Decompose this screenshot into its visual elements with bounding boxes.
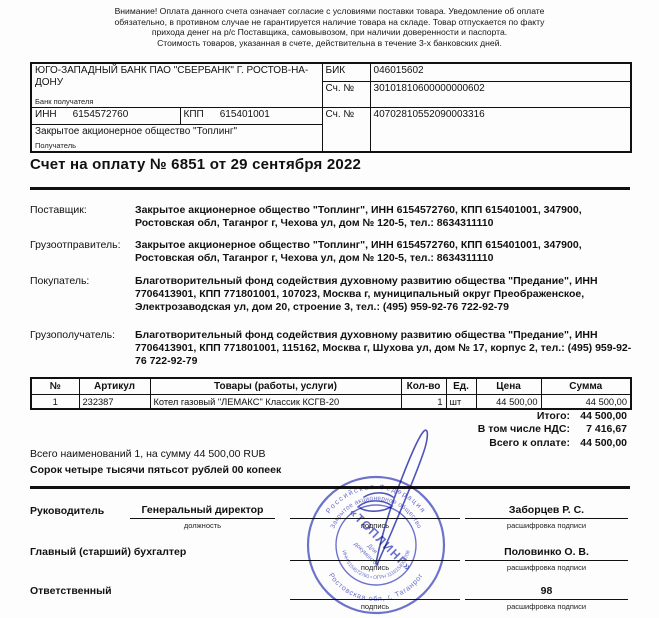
consignee-value: Благотворительный фонд содействия духовн… [135, 329, 632, 368]
vat-label: В том числе НДС: [478, 423, 570, 436]
items-count-line: Всего наименований 1, на сумму 44 500,00… [30, 448, 266, 460]
bank-requisites-table: ЮГО-ЗАПАДНЫЙ БАНК ПАО "СБЕРБАНК" Г. РОСТ… [30, 62, 632, 153]
kpp-label: КПП [184, 109, 204, 120]
buyer-value: Благотворительный фонд содействия духовн… [135, 275, 632, 314]
col-goods: Товары (работы, услуги) [150, 378, 401, 395]
bank-name-cell: ЮГО-ЗАПАДНЫЙ БАНК ПАО "СБЕРБАНК" Г. РОСТ… [31, 63, 322, 107]
account-label: Сч. № [322, 107, 370, 152]
warning-line: прихода денег на р/с Поставщика, самовыв… [0, 27, 659, 38]
invoice-title: Счет на оплату № 6851 от 29 сентября 202… [30, 156, 361, 173]
item-price: 44 500,00 [476, 395, 541, 410]
col-qty: Кол-во [401, 378, 446, 395]
accountant-name: Половинко О. В. [465, 545, 628, 561]
items-header-row: № Артикул Товары (работы, услуги) Кол-во… [31, 378, 631, 395]
col-unit: Ед. [446, 378, 476, 395]
item-sum: 44 500,00 [541, 395, 631, 410]
corr-account-value: 30101810600000000602 [370, 81, 631, 107]
warning-line: Стоимость товаров, указанная в счете, де… [0, 38, 659, 49]
director-role: Руководитель [30, 505, 104, 517]
bank-name: ЮГО-ЗАПАДНЫЙ БАНК ПАО "СБЕРБАНК" Г. РОСТ… [35, 65, 319, 88]
director-position-cell: Генеральный директор должность [130, 503, 275, 530]
kpp-cell: КПП615401001 [180, 107, 322, 124]
corr-account-label: Сч. № [322, 81, 370, 107]
item-number: 1 [31, 395, 79, 410]
responsible-role: Ответственный [30, 585, 112, 597]
consignor-label: Грузоотправитель: [30, 239, 132, 251]
vat-value: 7 416,67 [570, 423, 627, 436]
invoice-document: Внимание! Оплата данного счета означает … [0, 0, 659, 618]
buyer-label: Покупатель: [30, 275, 132, 287]
warning-line: обязательно, в противном случае не гаран… [0, 17, 659, 28]
col-price: Цена [476, 378, 541, 395]
director-position: Генеральный директор [130, 503, 275, 519]
recipient-caption: Получатель [35, 142, 76, 150]
bik-value: 046015602 [370, 63, 631, 81]
responsible-name-cell: 98 расшифровка подписи [465, 584, 628, 611]
col-number: № [31, 378, 79, 395]
kpp-value: 615401001 [220, 109, 270, 120]
handwritten-signature [330, 405, 460, 570]
total-label: Итого: [537, 410, 570, 423]
inn-label: ИНН [35, 109, 57, 120]
inn-cell: ИНН6154572760 [31, 107, 180, 124]
supplier-label: Поставщик: [30, 204, 132, 216]
accountant-name-cell: Половинко О. В. расшифровка подписи [465, 545, 628, 572]
responsible-name: 98 [465, 584, 628, 600]
amount-in-words: Сорок четыре тысячи пятьсот рублей 00 ко… [30, 464, 281, 476]
consignee-label: Грузополучатель: [30, 329, 132, 341]
bank-name-caption: Банк получателя [35, 98, 93, 106]
accountant-role: Главный (старший) бухгалтер [30, 546, 186, 558]
position-caption: должность [130, 519, 275, 530]
director-name: Заборцев Р. С. [465, 503, 628, 519]
recipient-cell: Закрытое акционерное общество "Топлинг" … [31, 124, 322, 152]
name-caption: расшифровка подписи [465, 600, 628, 611]
name-caption: расшифровка подписи [465, 561, 628, 572]
account-value: 40702810552090003316 [370, 107, 631, 152]
payable-value: 44 500,00 [570, 437, 627, 450]
consignor-value: Закрытое акционерное общество "Топлинг",… [135, 239, 632, 265]
supplier-value: Закрытое акционерное общество "Топлинг",… [135, 204, 632, 230]
col-sum: Сумма [541, 378, 631, 395]
title-divider [30, 187, 630, 190]
inn-value: 6154572760 [73, 109, 129, 120]
total-value: 44 500,00 [570, 410, 627, 423]
bik-label: БИК [322, 63, 370, 81]
recipient-name: Закрытое акционерное общество "Топлинг" [35, 126, 319, 138]
warning-line: Внимание! Оплата данного счета означает … [0, 6, 659, 17]
payable-label: Всего к оплате: [489, 437, 570, 450]
item-article: 232387 [79, 395, 150, 410]
name-caption: расшифровка подписи [465, 519, 628, 530]
payment-warning: Внимание! Оплата данного счета означает … [0, 6, 659, 48]
director-name-cell: Заборцев Р. С. расшифровка подписи [465, 503, 628, 530]
col-article: Артикул [79, 378, 150, 395]
